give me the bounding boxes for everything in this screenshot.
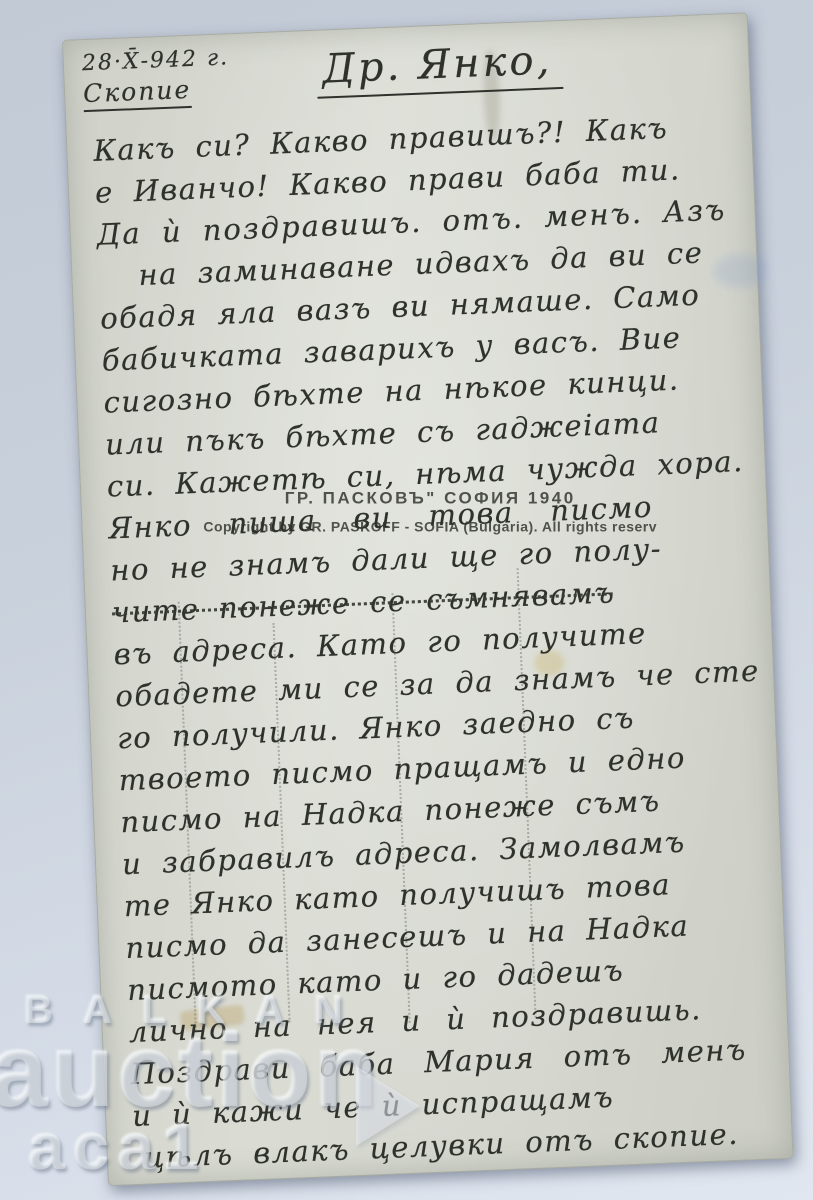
date-block: 28·X̄-942 г. Скопие <box>81 44 231 112</box>
letter-body: Какъ си? Какво правишъ?! Какъ е Иванчо! … <box>93 104 775 1179</box>
postcard: ГР. ПАСКОВЪ" СОФИЯ 1940 Copyright by GR.… <box>62 12 793 1186</box>
date-line: 28·X̄-942 г. <box>81 44 229 77</box>
photo-background: ГР. ПАСКОВЪ" СОФИЯ 1940 Copyright by GR.… <box>0 0 813 1200</box>
place-line: Скопие <box>83 73 192 112</box>
salutation: Др. Янко, <box>315 37 563 99</box>
